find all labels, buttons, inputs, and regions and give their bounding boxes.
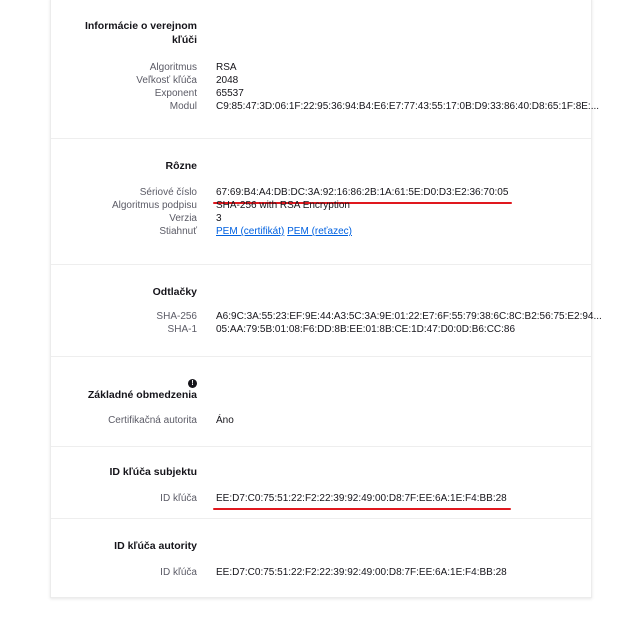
value-certificate-authority: Áno — [216, 414, 234, 427]
row-subject-key-id: ID kľúča EE:D7:C0:75:51:22:F2:22:39:92:4… — [51, 492, 591, 505]
row-exponent: Exponent 65537 — [51, 87, 591, 100]
label-sha256: SHA-256 — [51, 310, 197, 323]
label-download: Stiahnuť — [51, 225, 197, 238]
label-exponent: Exponent — [51, 87, 197, 100]
label-modulus: Modul — [51, 100, 197, 113]
value-authority-key-id: EE:D7:C0:75:51:22:F2:22:39:92:49:00:D8:7… — [216, 566, 507, 579]
row-download: Stiahnuť PEM (certifikát) PEM (reťazec) — [51, 225, 591, 238]
row-authority-key-id: ID kľúča EE:D7:C0:75:51:22:F2:22:39:92:4… — [51, 566, 591, 579]
download-links: PEM (certifikát) PEM (reťazec) — [216, 225, 352, 238]
row-serial-number: Sériové číslo 67:69:B4:A4:DB:DC:3A:92:16… — [51, 186, 591, 199]
value-algorithm: RSA — [216, 61, 237, 74]
value-signature-algorithm: SHA-256 with RSA Encryption — [216, 199, 350, 212]
value-version: 3 — [216, 212, 222, 225]
value-sha256: A6:9C:3A:55:23:EF:9E:44:A3:5C:3A:9E:01:2… — [216, 310, 602, 323]
download-pem-cert-link[interactable]: PEM (certifikát) — [216, 226, 284, 237]
row-algorithm: Algoritmus RSA — [51, 61, 591, 74]
critical-extension-icon: ! — [188, 379, 197, 388]
section-title: Rôzne — [51, 159, 197, 173]
value-exponent: 65537 — [216, 87, 244, 100]
label-version: Verzia — [51, 212, 197, 225]
value-key-size: 2048 — [216, 74, 238, 87]
section-basic-constraints: ! Základné obmedzenia Certifikačná autor… — [51, 357, 591, 447]
row-sha256: SHA-256 A6:9C:3A:55:23:EF:9E:44:A3:5C:3A… — [51, 310, 591, 323]
label-key-size: Veľkosť kľúča — [51, 74, 197, 87]
row-certificate-authority: Certifikačná autorita Áno — [51, 414, 591, 427]
row-key-size: Veľkosť kľúča 2048 — [51, 74, 591, 87]
label-certificate-authority: Certifikačná autorita — [51, 414, 197, 427]
section-title: ID kľúča subjektu — [51, 465, 197, 479]
value-modulus: C9:85:47:3D:06:1F:22:95:36:94:B4:E6:E7:7… — [216, 100, 599, 113]
section-authority-key-id: ID kľúča autority ID kľúča EE:D7:C0:75:5… — [51, 519, 591, 597]
row-version: Verzia 3 — [51, 212, 591, 225]
section-title-line2: kľúči — [51, 33, 197, 47]
section-title: Základné obmedzenia — [51, 388, 197, 402]
label-sha1: SHA-1 — [51, 323, 197, 336]
section-subject-key-id: ID kľúča subjektu ID kľúča EE:D7:C0:75:5… — [51, 447, 591, 519]
section-public-key-info: Informácie o verejnom kľúči Algoritmus R… — [51, 0, 591, 139]
value-subject-key-id: EE:D7:C0:75:51:22:F2:22:39:92:49:00:D8:7… — [216, 492, 507, 505]
section-title-block: ! Základné obmedzenia — [51, 377, 197, 402]
section-fingerprints: Odtlačky SHA-256 A6:9C:3A:55:23:EF:9E:44… — [51, 265, 591, 357]
section-misc: Rôzne Sériové číslo 67:69:B4:A4:DB:DC:3A… — [51, 139, 591, 265]
label-signature-algorithm: Algoritmus podpisu — [51, 199, 197, 212]
label-subject-key-id: ID kľúča — [51, 492, 197, 505]
value-sha1: 05:AA:79:5B:01:08:F6:DD:8B:EE:01:8B:CE:1… — [216, 323, 515, 336]
section-title: Odtlačky — [51, 285, 197, 299]
row-modulus: Modul C9:85:47:3D:06:1F:22:95:36:94:B4:E… — [51, 100, 591, 113]
label-authority-key-id: ID kľúča — [51, 566, 197, 579]
certificate-details-card: Informácie o verejnom kľúči Algoritmus R… — [50, 0, 592, 598]
download-pem-chain-link[interactable]: PEM (reťazec) — [287, 226, 352, 237]
section-title: ID kľúča autority — [51, 539, 197, 553]
section-title: Informácie o verejnom kľúči — [51, 19, 197, 47]
label-algorithm: Algoritmus — [51, 61, 197, 74]
section-title-line1: Informácie o verejnom — [51, 19, 197, 33]
row-signature-algorithm: Algoritmus podpisu SHA-256 with RSA Encr… — [51, 199, 591, 212]
value-serial-number: 67:69:B4:A4:DB:DC:3A:92:16:86:2B:1A:61:5… — [216, 186, 508, 199]
label-serial-number: Sériové číslo — [51, 186, 197, 199]
row-sha1: SHA-1 05:AA:79:5B:01:08:F6:DD:8B:EE:01:8… — [51, 323, 591, 336]
